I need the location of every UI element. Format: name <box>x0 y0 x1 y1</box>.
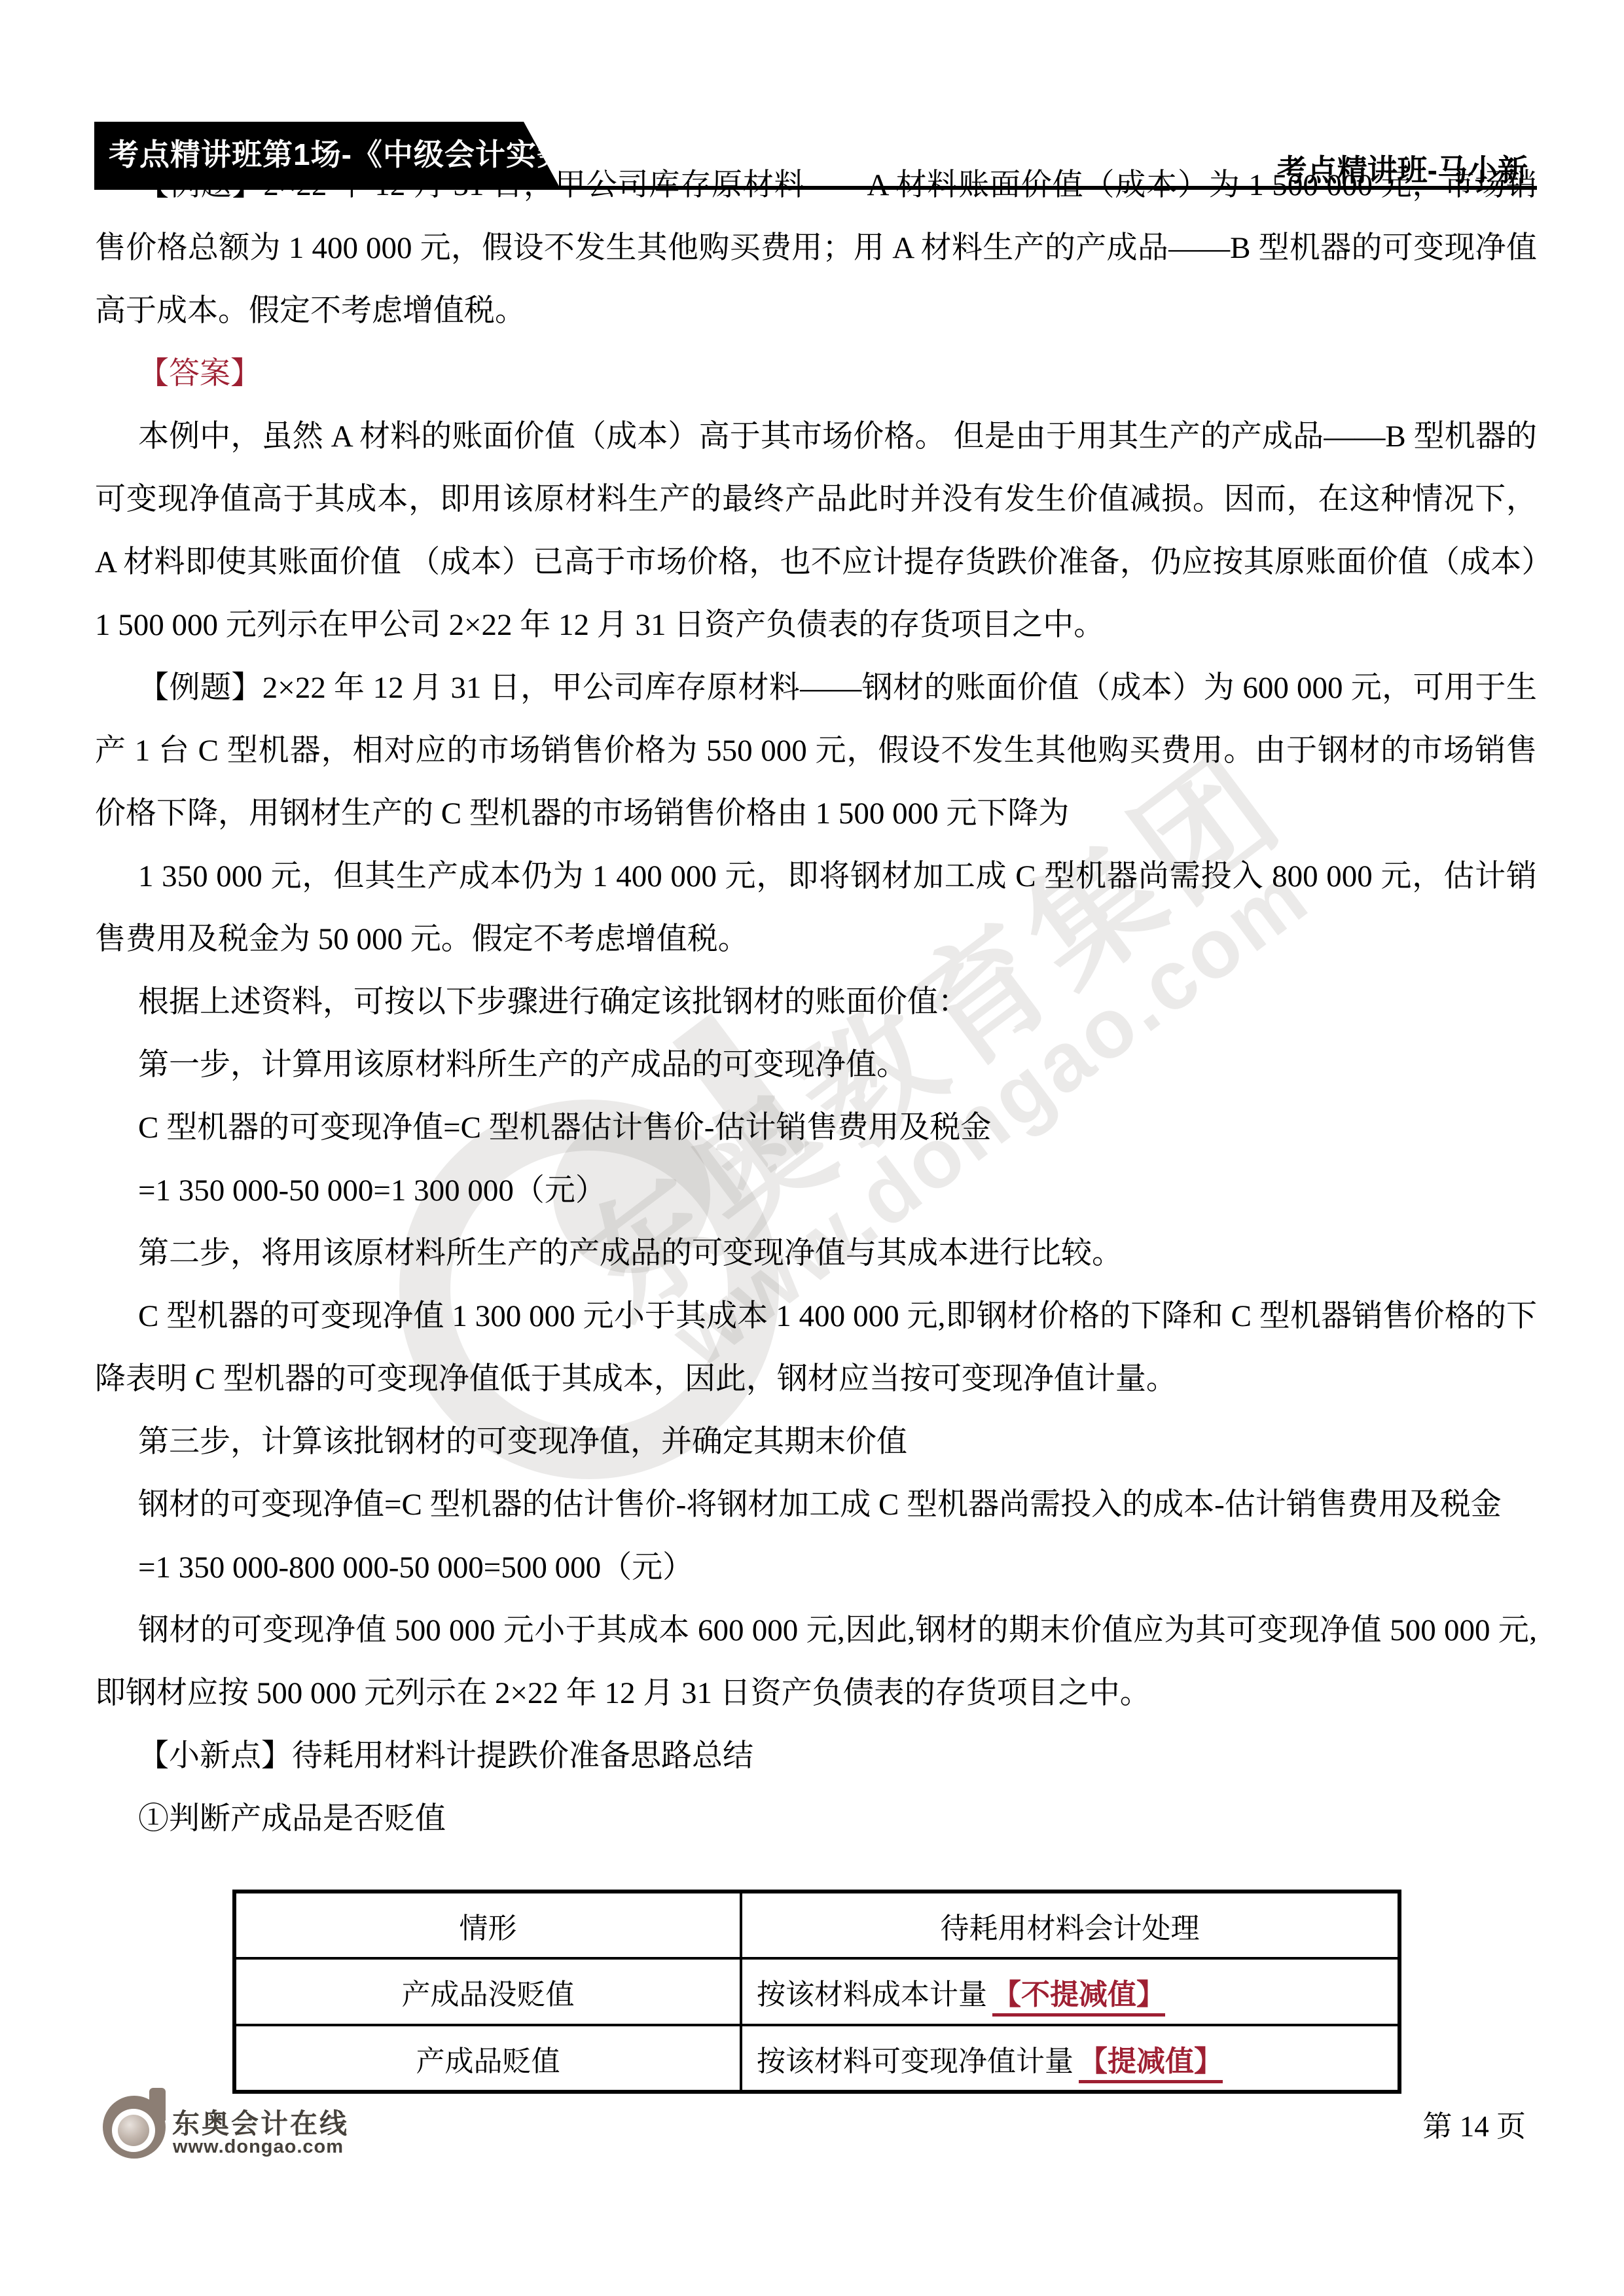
cell-treatment-impairment: 按该材料可变现净值计量【提减值】 <box>741 2025 1399 2092</box>
page-number: 第 14 页 <box>1422 2102 1526 2145</box>
header-course-teacher: 考点精讲班-马小新 <box>1277 147 1528 190</box>
cell-situation-impairment: 产成品贬值 <box>234 2025 741 2092</box>
paragraph-example-2: 【例题】2×22 年 12 月 31 日，甲公司库存原材料——钢材的账面价值（成… <box>95 656 1537 845</box>
treatment-highlight: 【提减值】 <box>1079 2045 1223 2077</box>
document-page: 东奥教育集团 www.dongao.com 考点精讲班第1场-《中级会计实务》 … <box>0 0 1624 2296</box>
cell-situation-no-impairment: 产成品没贬值 <box>234 1958 741 2025</box>
table-header-row: 情形 待耗用材料会计处理 <box>234 1892 1399 1958</box>
treatment-text: 按该材料可变现净值计量 <box>757 2045 1074 2077</box>
paragraph-step3-result: =1 350 000-800 000-50 000=500 000（元） <box>95 1536 1537 1599</box>
header-banner: 考点精讲班第1场-《中级会计实务》 <box>94 122 563 188</box>
paragraph-answer-label: 【答案】 <box>95 342 1537 405</box>
paragraph-tip-item-1: ①判断产成品是否贬值 <box>95 1787 1537 1850</box>
paragraph-answer-body: 本例中，虽然 A 材料的账面价值（成本）高于其市场价格。 但是由于用其生产的产成… <box>95 405 1537 656</box>
footer-brand-name: 东奥会计在线 <box>172 2102 349 2142</box>
paragraph-step1: 第一步，计算用该原材料所生产的产成品的可变现净值。 <box>95 1033 1537 1096</box>
paragraph-step3-formula: 钢材的可变现净值=C 型机器的估计售价-将钢材加工成 C 型机器尚需投入的成本-… <box>95 1473 1537 1536</box>
paragraph-steps-intro: 根据上述资料，可按以下步骤进行确定该批钢材的账面价值： <box>95 971 1537 1033</box>
table-header-situation: 情形 <box>234 1892 741 1958</box>
paragraph-step2: 第二步，将用该原材料所生产的产成品的可变现净值与其成本进行比较。 <box>95 1222 1537 1285</box>
table-header-treatment: 待耗用材料会计处理 <box>741 1892 1399 1958</box>
table-row: 产成品贬值 按该材料可变现净值计量【提减值】 <box>234 2025 1399 2092</box>
treatment-text: 按该材料成本计量 <box>757 1979 987 2011</box>
footer-brand-block: 东奥会计在线 www.dongao.com <box>101 2088 337 2166</box>
footer-brand-url: www.dongao.com <box>173 2136 344 2158</box>
table-row: 产成品没贬值 按该材料成本计量【不提减值】 <box>234 1958 1399 2025</box>
dongao-logo-sphere <box>118 2115 149 2146</box>
header-banner-label: 考点精讲班第1场-《中级会计实务》 <box>94 122 563 187</box>
paragraph-conclusion: 钢材的可变现净值 500 000 元小于其成本 600 000 元,因此,钢材的… <box>95 1599 1537 1725</box>
paragraph-example-2-cont: 1 350 000 元，但其生产成本仍为 1 400 000 元，即将钢材加工成… <box>95 845 1537 971</box>
treatment-highlight: 【不提减值】 <box>992 1979 1165 2011</box>
paragraph-step3: 第三步，计算该批钢材的可变现净值，并确定其期末价值 <box>95 1410 1537 1473</box>
paragraph-step2-analysis: C 型机器的可变现净值 1 300 000 元小于其成本 1 400 000 元… <box>95 1285 1537 1410</box>
document-body: 【例题】2×22 年 12 月 31 日，甲公司库存原材料——A 材料账面价值（… <box>95 154 1537 1850</box>
paragraph-tip-title: 【小新点】待耗用材料计提跌价准备思路总结 <box>95 1725 1537 1787</box>
material-writedown-summary-table: 情形 待耗用材料会计处理 产成品没贬值 按该材料成本计量【不提减值】 产成品贬值… <box>232 1890 1401 2094</box>
paragraph-step1-formula: C 型机器的可变现净值=C 型机器估计售价-估计销售费用及税金 <box>95 1096 1537 1159</box>
cell-treatment-no-impairment: 按该材料成本计量【不提减值】 <box>741 1958 1399 2025</box>
paragraph-step1-result: =1 350 000-50 000=1 300 000（元） <box>95 1159 1537 1222</box>
